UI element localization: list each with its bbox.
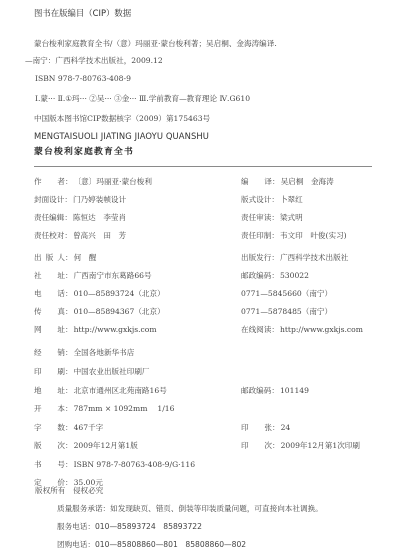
credit-label: 责任编辑 <box>34 214 64 222</box>
publisher-postcode: 邮政编码：530022 <box>241 272 309 280</box>
label-char: 版 <box>34 442 42 450</box>
print-label: 邮政编码 <box>241 387 271 395</box>
credit-label: 责任校对 <box>34 232 64 240</box>
publisher-value: 010—85893724（北京） <box>74 290 165 298</box>
credit-label: 责任审读 <box>241 214 271 222</box>
label-char: 传 <box>34 308 42 316</box>
publisher-label: 出版发行 <box>241 254 271 262</box>
credit-author: 作者：〔意〕玛丽亚·蒙台梭利 <box>34 178 152 186</box>
cip-line-2: —南宁：广西科学技术出版社，2009.12 <box>25 57 163 65</box>
credit-translator: 编译：吴启桐 金海涛 <box>241 178 334 186</box>
publisher-fax-nanning: 0771—5878485（南宁） <box>241 308 332 316</box>
print-value: ISBN 978-7-80763-408-9/G·116 <box>74 461 195 469</box>
copyright-notice: 版权所有 侵权必究 <box>35 487 103 495</box>
credit-value: 吴启桐 金海涛 <box>281 178 334 186</box>
label-char: 次 <box>264 442 272 450</box>
label-char: 印 <box>34 368 42 376</box>
publisher-value: 530022 <box>280 272 309 280</box>
label-char: 电 <box>34 290 42 298</box>
label-char: 址 <box>57 326 65 334</box>
publisher-value: 广西南宁市东葛路66号 <box>74 272 152 280</box>
print-value: 787mm × 1092mm 1/16 <box>74 405 175 413</box>
label-char: 张 <box>264 424 272 432</box>
credit-editor: 责任编辑：陈恒达 李莹肖 <box>34 214 126 222</box>
credit-value: 梁式明 <box>280 214 303 222</box>
credit-value: 陈恒达 李莹肖 <box>73 214 126 222</box>
label-char: 址 <box>57 272 65 280</box>
publisher-phone: 电话：010—85893724（北京） <box>34 290 165 298</box>
label-char: 地 <box>34 387 42 395</box>
publisher-value: 何 醒 <box>74 254 97 262</box>
credit-label: 封面设计 <box>34 196 64 204</box>
cip-line-1: 蒙台梭利家庭教育全书/（意）玛丽亚·蒙台梭利著；吴启桐、金海涛编译. <box>34 40 277 48</box>
publisher-person: 出版人：何 醒 <box>34 254 96 262</box>
quality-promise: 质量服务承诺：如发现缺页、错页、倒装等印装质量问题，可直接向本社调换。 <box>57 505 323 513</box>
title-chinese: 蒙台梭利家庭教育全书 <box>34 148 134 157</box>
label-char: 号 <box>57 461 65 469</box>
print-book-number: 书号：ISBN 978-7-80763-408-9/G·116 <box>34 461 195 469</box>
cip-heading: 图书在版编目（CIP）数据 <box>34 9 131 17</box>
label-char: 印 <box>241 442 249 450</box>
print-value: 101149 <box>280 387 309 395</box>
credit-reviewer: 责任审读：梁式明 <box>241 214 303 222</box>
title-pinyin: MENGTAISUOLI JIATING JIAOYU QUANSHU <box>34 132 209 140</box>
label-char: 书 <box>34 461 42 469</box>
label-char: 刷 <box>57 368 65 376</box>
credit-label: 责任印制 <box>241 232 271 240</box>
print-impression: 印次：2009年12月第1次印刷 <box>241 442 360 450</box>
label-char: 作 <box>34 178 42 186</box>
credit-value: 门乃婷装帧设计 <box>73 196 126 204</box>
cip-isbn: ISBN 978-7-80763-408-9 <box>35 75 131 83</box>
print-value: 2009年12月第1版 <box>74 442 138 450</box>
print-postcode: 邮政编码：101149 <box>241 387 309 395</box>
label-char: 数 <box>57 424 65 432</box>
label-char: 址 <box>57 387 65 395</box>
label-char: 编 <box>241 178 249 186</box>
publisher-address: 社址：广西南宁市东葛路66号 <box>34 272 152 280</box>
group-purchase-phone: 团购电话：010—85808860—801 85808860—802 <box>57 541 246 549</box>
label-char: 经 <box>34 349 42 357</box>
label-char: 译 <box>264 178 272 186</box>
publisher-website-link[interactable]: http://www.gxkjs.com <box>74 326 157 334</box>
print-value: 2009年12月第1次印刷 <box>281 442 360 450</box>
print-word-count: 字数：467千字 <box>34 424 103 432</box>
credit-value: 韦文印 叶俊(实习) <box>280 232 347 240</box>
print-sheets: 印张：24 <box>241 424 290 432</box>
label-char: 社 <box>34 272 42 280</box>
cip-classification: Ⅰ.蒙··· Ⅱ.①玛··· ②吴··· ③金··· Ⅲ.学前教育—教育理论 Ⅳ… <box>35 95 250 103</box>
publisher-value: 广西科学技术出版社 <box>280 254 348 262</box>
label-char: 开 <box>34 405 42 413</box>
publisher-value: 0771—5878485（南宁） <box>241 308 332 316</box>
publisher-label: 在线阅读 <box>241 326 271 334</box>
label-char: 网 <box>34 326 42 334</box>
label-char: 出 <box>34 254 42 262</box>
cip-number: 中国版本图书馆CIP数据核字（2009）第175463号 <box>34 115 210 123</box>
label-char: 真 <box>57 308 65 316</box>
print-distributor: 经销：全国各地新华书店 <box>34 349 134 357</box>
publisher-value: 010—85894367（北京） <box>74 308 165 316</box>
credit-value: 〔意〕玛丽亚·蒙台梭利 <box>74 178 152 186</box>
publisher-issuer: 出版发行：广西科学技术出版社 <box>241 254 348 262</box>
publisher-value: 0771—5845660（南宁） <box>241 290 332 298</box>
credit-layout-design: 版式设计：卜翠红 <box>241 196 303 204</box>
online-reading-link[interactable]: http://www.gxkjs.com <box>280 326 363 334</box>
print-edition: 版次：2009年12月第1版 <box>34 442 138 450</box>
label-char: 印 <box>241 424 249 432</box>
label-char: 者 <box>57 178 65 186</box>
label-char: 版 <box>46 254 54 262</box>
print-value: 467千字 <box>74 424 104 432</box>
credit-cover-design: 封面设计：门乃婷装帧设计 <box>34 196 126 204</box>
publisher-phone-nanning: 0771—5845660（南宁） <box>241 290 332 298</box>
credit-value: 曾高兴 田 芳 <box>73 232 126 240</box>
credit-print-supervisor: 责任印制：韦文印 叶俊(实习) <box>241 232 347 240</box>
label-char: 话 <box>57 290 65 298</box>
publisher-label: 邮政编码 <box>241 272 271 280</box>
label-char: 字 <box>34 424 42 432</box>
label-char: 销 <box>57 349 65 357</box>
print-format: 开本：787mm × 1092mm 1/16 <box>34 405 174 413</box>
print-value: 中国农业出版社印刷厂 <box>74 368 150 376</box>
print-value: 24 <box>281 424 291 432</box>
service-phone: 服务电话：010—85893724 85893722 <box>57 523 202 531</box>
label-char: 次 <box>57 442 65 450</box>
title-divider <box>34 166 372 167</box>
credit-label: 版式设计 <box>241 196 271 204</box>
print-value: 全国各地新华书店 <box>74 349 135 357</box>
label-char: 人 <box>57 254 65 262</box>
print-address: 地址：北京市通州区北苑南路16号 <box>34 387 167 395</box>
credit-value: 卜翠红 <box>280 196 303 204</box>
publisher-fax: 传真：010—85894367（北京） <box>34 308 165 316</box>
print-printer: 印刷：中国农业出版社印刷厂 <box>34 368 150 376</box>
credit-proofreader: 责任校对：曾高兴 田 芳 <box>34 232 126 240</box>
publisher-website: 网址：http://www.gxkjs.com <box>34 326 157 334</box>
label-char: 本 <box>57 405 65 413</box>
print-value: 北京市通州区北苑南路16号 <box>74 387 167 395</box>
publisher-online-reading: 在线阅读：http://www.gxkjs.com <box>241 326 363 334</box>
